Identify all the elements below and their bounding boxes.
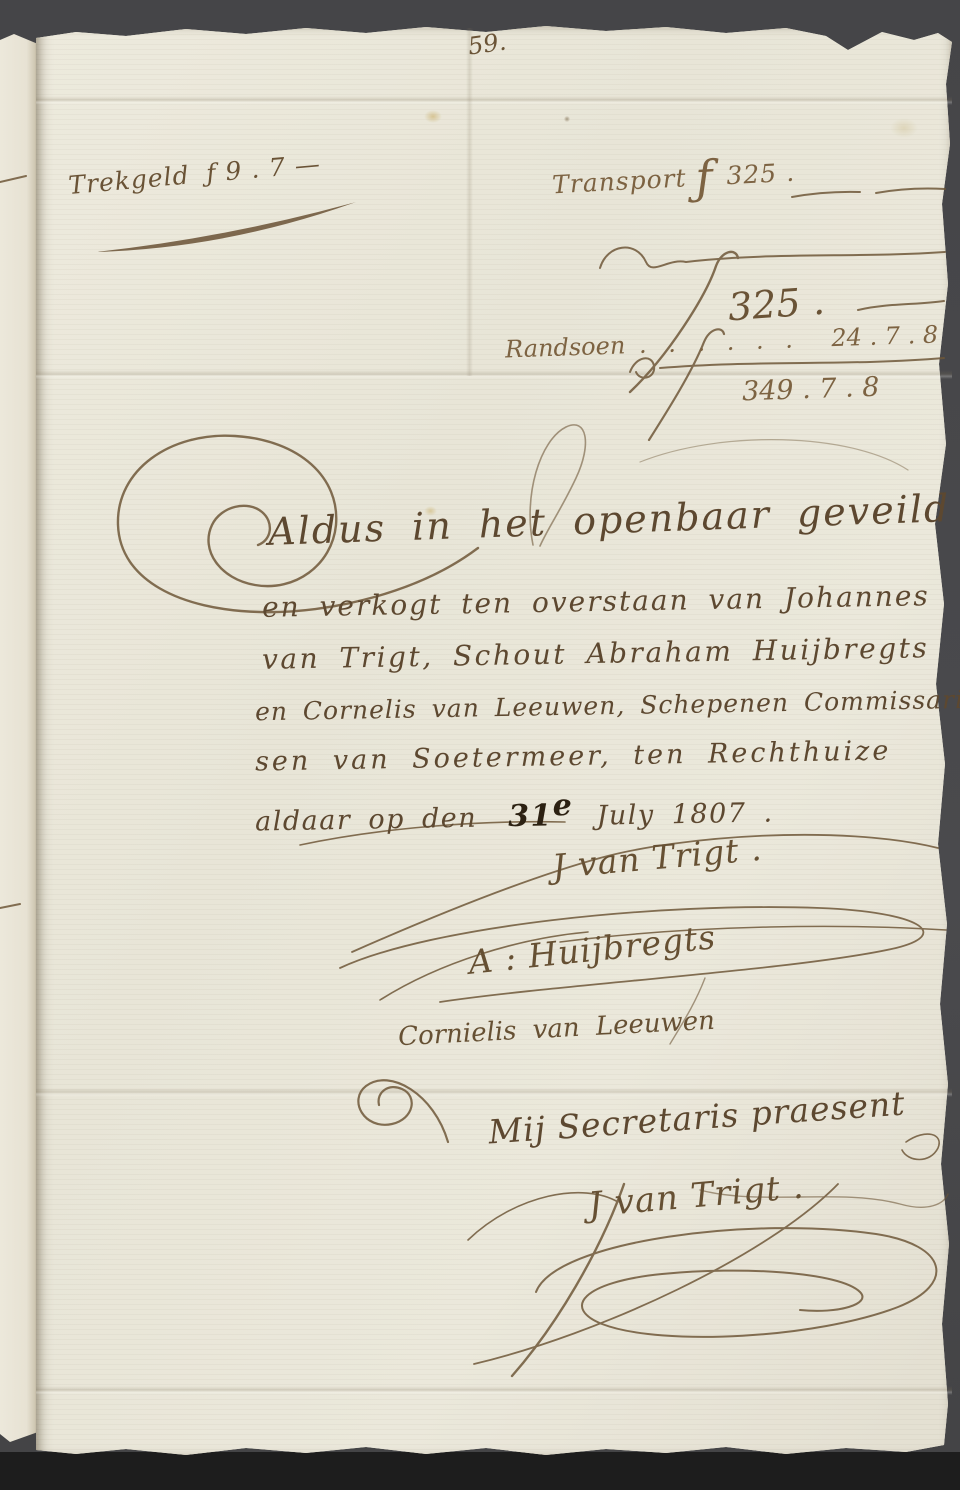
date-prefix: aldaar op den (255, 803, 477, 838)
paper-stain (890, 118, 918, 138)
archive-scan: 59. Trekgeld ƒ 9 . 7 — Transport ƒ 325 .… (0, 0, 960, 1490)
date-rest: July 1807 . (596, 797, 774, 831)
previous-page-edge (0, 34, 38, 1442)
fold-crease (36, 1386, 952, 1395)
paper-stain (424, 110, 442, 123)
fold-crease (36, 96, 952, 105)
transport-amount: 325 . (726, 158, 796, 191)
ransom-label: Randsoen (505, 331, 626, 363)
scan-background-bottom (0, 1452, 960, 1490)
date-day-suffix: e (552, 788, 573, 823)
fold-crease-vertical (466, 28, 473, 376)
page-number: 59. (466, 27, 508, 60)
ransom-dots: . . . . . . (638, 325, 800, 359)
guilder-sign: ƒ (695, 177, 713, 178)
ransom-amount: 24 . 7 . 8 (831, 320, 939, 352)
date-day: 31 (508, 798, 553, 834)
paper-stain (564, 116, 570, 122)
total-entry: 349 . 7 . 8 (742, 372, 880, 408)
body-line-6: aldaar op den 31e July 1807 . (255, 784, 774, 838)
subtotal-entry: 325 . (727, 279, 827, 330)
